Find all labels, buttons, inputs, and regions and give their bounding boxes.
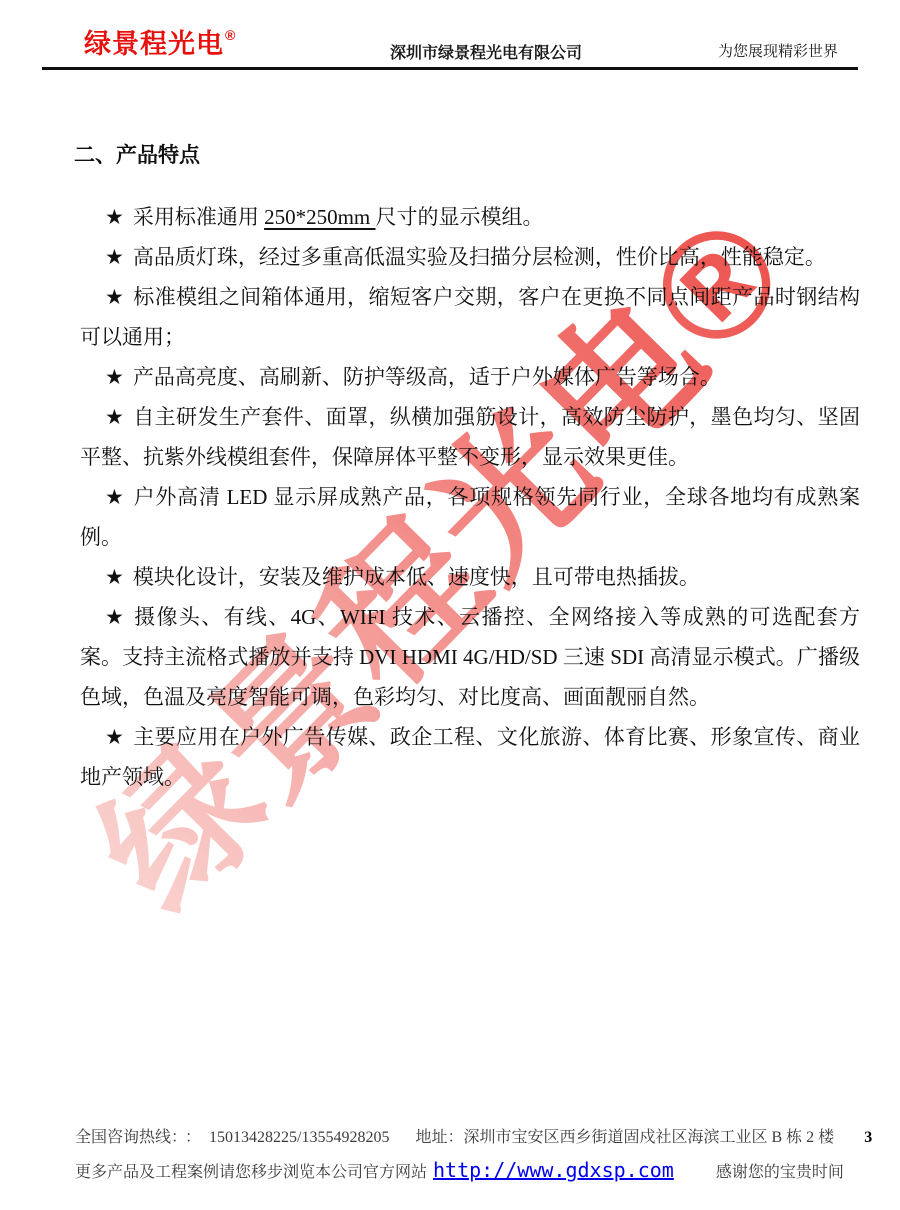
star-bullet-icon: ★: [105, 405, 124, 429]
address-label: 地址：: [415, 1129, 463, 1146]
footer-line-2: 更多产品及工程案例请您移步浏览本公司官方网站http://www.gdxsp.c…: [75, 1154, 850, 1189]
feature-item: ★户外高清 LED 显示屏成熟产品，各项规格领先同行业，全球各地均有成熟案例。: [80, 477, 860, 557]
feature-item: ★采用标准通用 250*250mm 尺寸的显示模组。: [80, 197, 860, 237]
feature-item: ★高品质灯珠，经过多重高低温实验及扫描分层检测，性价比高，性能稳定。: [80, 237, 860, 277]
thanks-text: 感谢您的宝贵时间: [716, 1164, 844, 1181]
star-bullet-icon: ★: [105, 285, 124, 309]
feature-text: 采用标准通用: [133, 205, 264, 229]
star-bullet-icon: ★: [105, 245, 124, 269]
hotline-label: 全国咨询热线：: [75, 1129, 179, 1146]
page-number: 3: [864, 1129, 872, 1146]
feature-text: 模块化设计，安装及维护成本低、速度快，且可带电热插拔。: [133, 565, 700, 589]
feature-text: 250*250mm: [264, 205, 375, 229]
document-page: 绿景程光电® 绿景程光电® 深圳市绿景程光电有限公司 为您展现精彩世界 二、产品…: [0, 0, 900, 1210]
feature-text: 摄像头、有线、4G、WIFI 技术、云播控、全网络接入等成熟的可选配套方案。支持…: [80, 605, 860, 709]
registered-trademark-icon: ®: [225, 27, 235, 43]
header-company-name: 深圳市绿景程光电有限公司: [390, 40, 582, 63]
star-bullet-icon: ★: [105, 485, 125, 509]
hotline-numbers: 15013428225/13554928205: [209, 1129, 389, 1146]
company-logo: 绿景程光电®: [84, 22, 234, 61]
header-slogan: 为您展现精彩世界: [718, 40, 838, 61]
feature-item: ★主要应用在户外广告传媒、政企工程、文化旅游、体育比赛、形象宣传、商业地产领域。: [80, 717, 860, 797]
feature-item: ★摄像头、有线、4G、WIFI 技术、云播控、全网络接入等成熟的可选配套方案。支…: [80, 597, 860, 717]
footer-line-1: 全国咨询热线：：15013428225/13554928205地址：深圳市宝安区…: [75, 1122, 850, 1154]
feature-text: 尺寸的显示模组。: [376, 205, 544, 229]
header-divider: [42, 67, 858, 70]
page-footer: 全国咨询热线：：15013428225/13554928205地址：深圳市宝安区…: [75, 1122, 850, 1189]
website-link[interactable]: http://www.gdxsp.com: [433, 1158, 674, 1182]
feature-text: 标准模组之间箱体通用，缩短客户交期，客户在更换不同点间距产品时钢结构可以通用；: [80, 285, 860, 349]
feature-text: 产品高亮度、高刷新、防护等级高，适于户外媒体广告等场合。: [133, 365, 721, 389]
star-bullet-icon: ★: [105, 565, 124, 589]
hotline-extra-colon: ：: [185, 1129, 201, 1146]
feature-text: 高品质灯珠，经过多重高低温实验及扫描分层检测，性价比高，性能稳定。: [133, 245, 826, 269]
star-bullet-icon: ★: [105, 365, 124, 389]
star-bullet-icon: ★: [105, 605, 125, 629]
star-bullet-icon: ★: [105, 205, 124, 229]
feature-item: ★模块化设计，安装及维护成本低、速度快，且可带电热插拔。: [80, 557, 860, 597]
section-heading: 二、产品特点: [74, 145, 200, 166]
features-list: ★采用标准通用 250*250mm 尺寸的显示模组。★高品质灯珠，经过多重高低温…: [80, 197, 860, 797]
address-text: 深圳市宝安区西乡街道固戍社区海滨工业区 B 栋 2 楼: [464, 1129, 835, 1146]
star-bullet-icon: ★: [105, 725, 124, 749]
feature-item: ★产品高亮度、高刷新、防护等级高，适于户外媒体广告等场合。: [80, 357, 860, 397]
feature-text: 户外高清 LED 显示屏成熟产品，各项规格领先同行业，全球各地均有成熟案例。: [80, 485, 860, 549]
website-prompt-text: 更多产品及工程案例请您移步浏览本公司官方网站: [75, 1164, 427, 1181]
logo-text: 绿景程光电: [84, 29, 224, 59]
feature-text: 自主研发生产套件、面罩，纵横加强筋设计，高效防尘防护，墨色均匀、坚固平整、抗紫外…: [80, 405, 860, 469]
feature-item: ★标准模组之间箱体通用，缩短客户交期，客户在更换不同点间距产品时钢结构可以通用；: [80, 277, 860, 357]
feature-item: ★自主研发生产套件、面罩，纵横加强筋设计，高效防尘防护，墨色均匀、坚固平整、抗紫…: [80, 397, 860, 477]
feature-text: 主要应用在户外广告传媒、政企工程、文化旅游、体育比赛、形象宣传、商业地产领域。: [80, 725, 860, 789]
